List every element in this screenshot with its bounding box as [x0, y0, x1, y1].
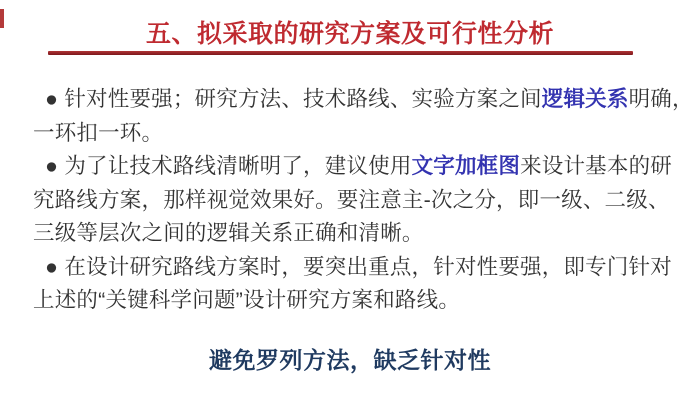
highlight-run: 文字加框图: [412, 154, 521, 178]
text-run: 三级等层次之间的逻辑关系正确和清晰。: [33, 221, 424, 245]
page-title: 五、拟采取的研究方案及可行性分析: [0, 14, 700, 50]
text-run: 明确，: [629, 87, 694, 111]
slide: 五、拟采取的研究方案及可行性分析 ● 针对性要强；研究方法、技术路线、实验方案之…: [0, 0, 700, 394]
text-run: 来设计基本的研: [520, 154, 672, 178]
text-run: ● 为了让技术路线清晰明了，建议使用: [45, 154, 412, 178]
body-line: 一环扣一环。: [33, 117, 663, 151]
body-line: 三级等层次之间的逻辑关系正确和清晰。: [33, 217, 663, 251]
footer-note: 避免罗列方法，缺乏针对性: [0, 342, 700, 375]
text-run: 一环扣一环。: [33, 121, 163, 145]
body-line: 究路线方案，那样视觉效果好。要注意主-次之分，即一级、二级、: [33, 184, 663, 218]
body-text: ● 针对性要强；研究方法、技术路线、实验方案之间逻辑关系明确，一环扣一环。● 为…: [33, 83, 663, 318]
text-run: 究路线方案，那样视觉效果好。要注意主-次之分，即一级、二级、: [33, 188, 670, 212]
highlight-run: 逻辑关系: [542, 87, 629, 111]
body-line: ● 针对性要强；研究方法、技术路线、实验方案之间逻辑关系明确，: [33, 83, 663, 117]
body-line: ● 在设计研究路线方案时，要突出重点，针对性要强，即专门针对: [33, 251, 663, 285]
text-run: 上述的“关键科学问题”设计研究方案和路线。: [33, 288, 460, 312]
body-line: ● 为了让技术路线清晰明了，建议使用文字加框图来设计基本的研: [33, 150, 663, 184]
title-underline: [48, 51, 633, 55]
text-run: ● 针对性要强；研究方法、技术路线、实验方案之间: [45, 87, 542, 111]
body-line: 上述的“关键科学问题”设计研究方案和路线。: [33, 284, 663, 318]
text-run: ● 在设计研究路线方案时，要突出重点，针对性要强，即专门针对: [45, 255, 672, 279]
